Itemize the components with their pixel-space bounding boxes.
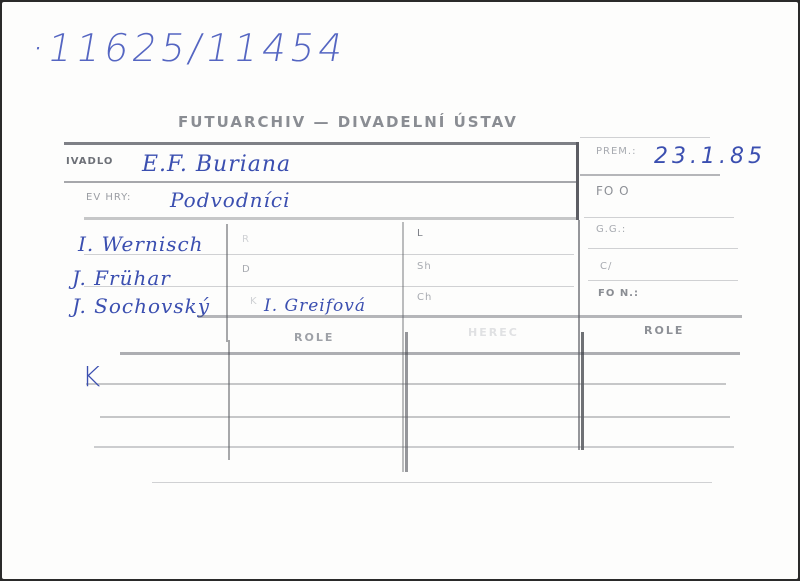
crew-mid-divider (402, 222, 404, 472)
table-header-actor: HEREC (468, 326, 519, 339)
no-label: FO N.: (598, 288, 639, 299)
crew-row-rule-2 (84, 286, 574, 287)
handwritten-mark: K (82, 360, 101, 393)
top-rule (64, 142, 576, 145)
premiere-label: PREM.: (596, 146, 636, 157)
table-header-role-2: ROLE (644, 324, 684, 337)
archive-header-stamp: FUTUARCHIV — DIVADELNÍ ÚSTAV (178, 113, 518, 131)
theatre-value: E.F. Buriana (142, 152, 291, 177)
neg-label: G.G.: (596, 224, 626, 235)
table-header-role-1: ROLE (294, 331, 334, 344)
table-row-rule-4 (152, 482, 712, 483)
premiere-value: 23.1.85 (654, 144, 766, 169)
label-ch: Ch (417, 292, 432, 303)
table-row-rule-3 (94, 446, 734, 448)
premiere-rule (580, 174, 720, 176)
credit-extra: I. Greifová (264, 296, 366, 316)
play-value: Podvodníci (170, 188, 291, 212)
foto-rule (584, 217, 734, 218)
label-k: K (250, 296, 258, 307)
top-rule-right (580, 137, 710, 138)
photo-archive-card: ·11625/11454 FUTUARCHIV — DIVADELNÍ ÚSTA… (2, 2, 798, 579)
play-label: EV HRY: (86, 192, 131, 203)
archive-number: ·11625/11454 (28, 26, 350, 70)
credit-director: I. Wernisch (78, 232, 204, 256)
table-col-divider-3 (581, 332, 584, 450)
crew-row-rule-1 (84, 254, 574, 255)
table-header-top-rule (198, 315, 742, 318)
credit-costumes: J. Sochovský (72, 294, 210, 318)
c-label: C/ (600, 261, 612, 272)
right-block-divider (576, 142, 579, 220)
neg-rule (588, 248, 738, 249)
table-header-bottom-rule (120, 352, 740, 355)
c-rule (588, 280, 738, 281)
play-row-rule (84, 217, 578, 220)
theatre-row-rule (64, 181, 576, 183)
table-row-rule-2 (100, 416, 730, 418)
label-l: L (417, 228, 424, 239)
table-row-rule-1 (86, 383, 726, 385)
label-sh: Sh (417, 261, 432, 272)
table-col-divider-2 (405, 332, 408, 472)
label-d: D (242, 264, 251, 275)
crew-left-divider (226, 224, 228, 342)
table-col-divider-1 (228, 340, 230, 460)
label-r: R (242, 234, 250, 245)
theatre-label: IVADLO (66, 156, 113, 167)
foto-label: FO O (596, 184, 630, 198)
